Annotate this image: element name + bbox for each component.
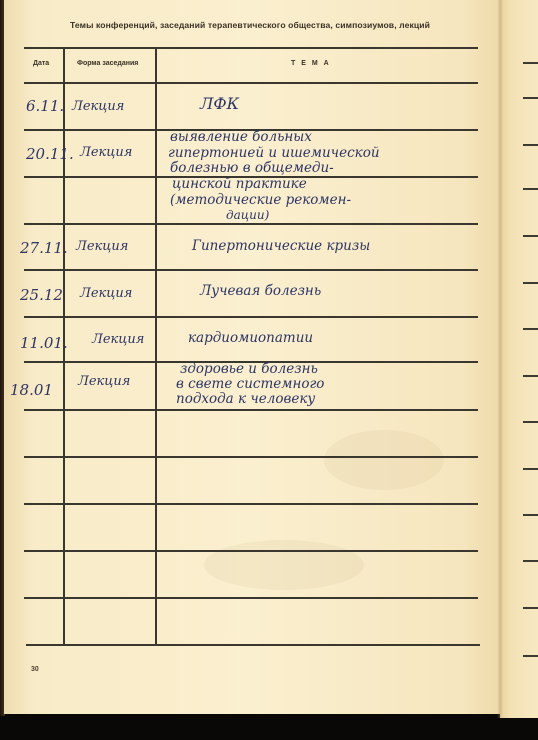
facing-page-rule xyxy=(523,97,538,99)
row-date: 27.11. xyxy=(20,239,68,257)
row-rule xyxy=(24,316,478,318)
row-form: Лекция xyxy=(72,99,124,114)
facing-page-rule xyxy=(523,421,538,423)
row-topic-line: цинской практике xyxy=(172,177,307,192)
facing-page-rule xyxy=(523,514,538,516)
paper-stain xyxy=(324,430,444,490)
facing-page-rule xyxy=(523,62,538,64)
facing-page-rule xyxy=(523,607,538,609)
row-topic-line: выявление больных xyxy=(170,130,312,145)
facing-page-rule xyxy=(523,375,538,377)
row-rule xyxy=(24,223,478,225)
facing-page-rule xyxy=(523,560,538,562)
facing-page-rule xyxy=(523,282,538,284)
row-date: 11.01. xyxy=(20,334,68,352)
row-topic-line: (методические рекомен- xyxy=(170,193,351,208)
row-topic-line: Гипертонические кризы xyxy=(192,239,370,254)
table-top-rule xyxy=(24,47,478,49)
row-topic-line: дации) xyxy=(226,208,269,223)
facing-page-rule xyxy=(523,144,538,146)
row-topic-line: гипертонией и ишемической xyxy=(168,146,380,161)
facing-page-rule xyxy=(523,468,538,470)
row-topic-line: кардиомиопатии xyxy=(188,331,313,346)
facing-page-rule xyxy=(523,655,538,657)
form-column-divider xyxy=(155,48,157,645)
row-rule xyxy=(24,503,478,505)
page-title: Темы конференций, заседаний терапевтичес… xyxy=(0,20,500,30)
row-topic-line: подхода к человеку xyxy=(176,392,315,407)
row-form: Лекция xyxy=(78,374,130,389)
row-form: Лекция xyxy=(80,145,132,160)
table-bottom-rule xyxy=(26,644,480,646)
row-form: Лекция xyxy=(92,332,144,347)
row-topic-line: болезнью в общемеди- xyxy=(170,161,334,176)
row-form: Лекция xyxy=(76,239,128,254)
row-form: Лекция xyxy=(80,286,132,301)
column-header-date: Дата xyxy=(33,60,49,67)
row-rule xyxy=(24,409,478,411)
row-topic-line: здоровье и болезнь xyxy=(180,362,318,377)
row-date: 6.11. xyxy=(26,97,64,115)
facing-page-edge xyxy=(500,0,538,718)
row-date: 20.11. xyxy=(26,145,74,163)
row-rule xyxy=(24,269,478,271)
row-rule xyxy=(24,597,478,599)
header-bottom-rule xyxy=(24,82,478,84)
column-header-form: Форма заседания xyxy=(77,60,138,67)
row-rule xyxy=(24,456,478,458)
page-number: 30 xyxy=(31,666,39,673)
row-topic-line: Лучевая болезнь xyxy=(200,284,321,299)
facing-page-rule xyxy=(523,328,538,330)
column-header-topic: Т Е М А xyxy=(291,60,331,67)
row-rule xyxy=(24,550,478,552)
facing-page-rule xyxy=(523,235,538,237)
row-date: 18.01 xyxy=(10,381,53,399)
row-date: 25.12 xyxy=(20,286,63,304)
page-fold xyxy=(497,0,503,718)
row-topic-line: в свете системного xyxy=(176,377,324,392)
paper-stain xyxy=(204,540,364,590)
row-topic-line: ЛФК xyxy=(200,97,239,112)
facing-page-rule xyxy=(523,188,538,190)
